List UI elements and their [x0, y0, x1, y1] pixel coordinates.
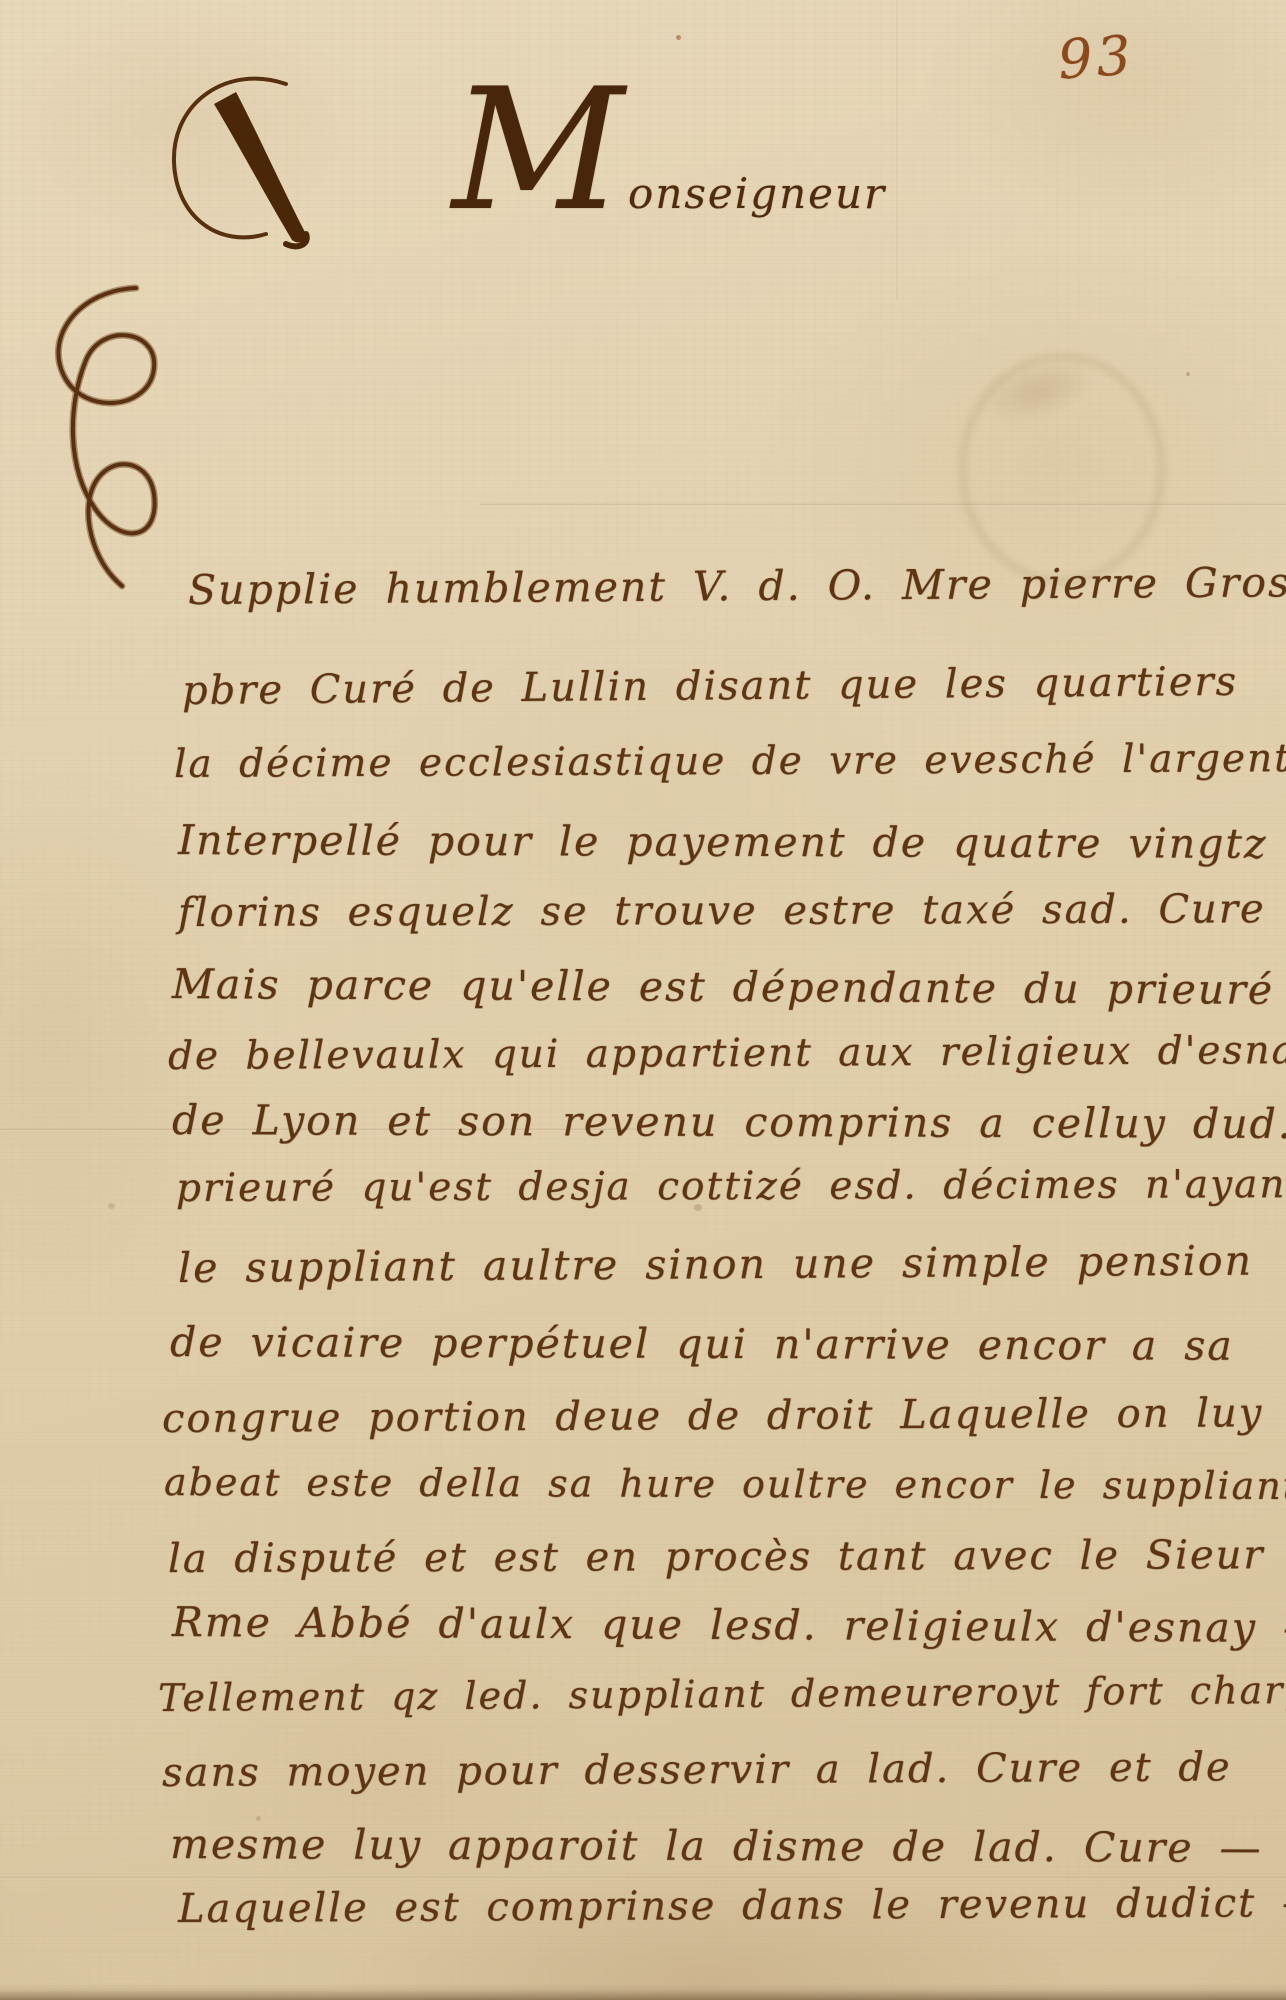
manuscript-line: Rme Abbé d'aulx que lesd. religieulx d'e… — [172, 1598, 1286, 1652]
ink-speck — [676, 35, 681, 40]
manuscript-line: Supplie humblement V. d. O. Mre pierre G… — [188, 558, 1286, 614]
decorated-initial-s-icon — [38, 278, 188, 598]
manuscript-line: abeat este della sa hure oultre encor le… — [164, 1460, 1286, 1508]
manuscript-line: de vicaire perpétuel qui n'arrive encor … — [170, 1318, 1234, 1370]
manuscript-line: Interpellé pour le payement de quatre vi… — [178, 816, 1268, 868]
fold-crease — [896, 0, 899, 300]
fold-crease — [0, 1876, 1286, 1880]
manuscript-line: Mais parce qu'elle est dépendante du pri… — [172, 960, 1286, 1014]
manuscript-line: florins esquelz se trouve estre taxé sad… — [178, 886, 1286, 936]
salutation: Monseigneur — [452, 150, 886, 218]
paraph-flourish-icon — [158, 68, 348, 253]
manuscript-line: pbre Curé de Lullin disant que les quart… — [182, 659, 1238, 714]
manuscript-page: 93 Monseigneur Supplie humblement V. d. … — [0, 0, 1286, 2000]
manuscript-line: prieuré qu'est desja cottizé esd. décime… — [176, 1162, 1286, 1211]
manuscript-line: sans moyen pour desservir a lad. Cure et… — [162, 1744, 1232, 1796]
page-bottom-shadow — [0, 1984, 1286, 2000]
manuscript-line: Tellement qz led. suppliant demeureroyt … — [158, 1668, 1286, 1720]
manuscript-line: congrue portion deue de droit Laquelle o… — [162, 1390, 1264, 1442]
manuscript-line: la décime ecclesiastique de vre evesché … — [174, 736, 1286, 787]
manuscript-line: de Lyon et son revenu comprins a celluy … — [172, 1096, 1286, 1148]
manuscript-line: de bellevaulx qui appartient aux religie… — [168, 1028, 1286, 1079]
manuscript-line: mesme luy apparoit la disme de lad. Cure… — [170, 1820, 1263, 1872]
ink-speck — [1186, 372, 1190, 376]
ink-speck — [108, 1203, 115, 1209]
manuscript-line: le suppliant aultre sinon une simple pen… — [178, 1236, 1253, 1292]
manuscript-line: Laquelle est comprinse dans le revenu du… — [178, 1880, 1286, 1932]
folio-number: 93 — [1056, 23, 1137, 91]
manuscript-line: la disputé et est en procès tant avec le… — [168, 1532, 1286, 1582]
fold-crease — [480, 503, 1286, 507]
